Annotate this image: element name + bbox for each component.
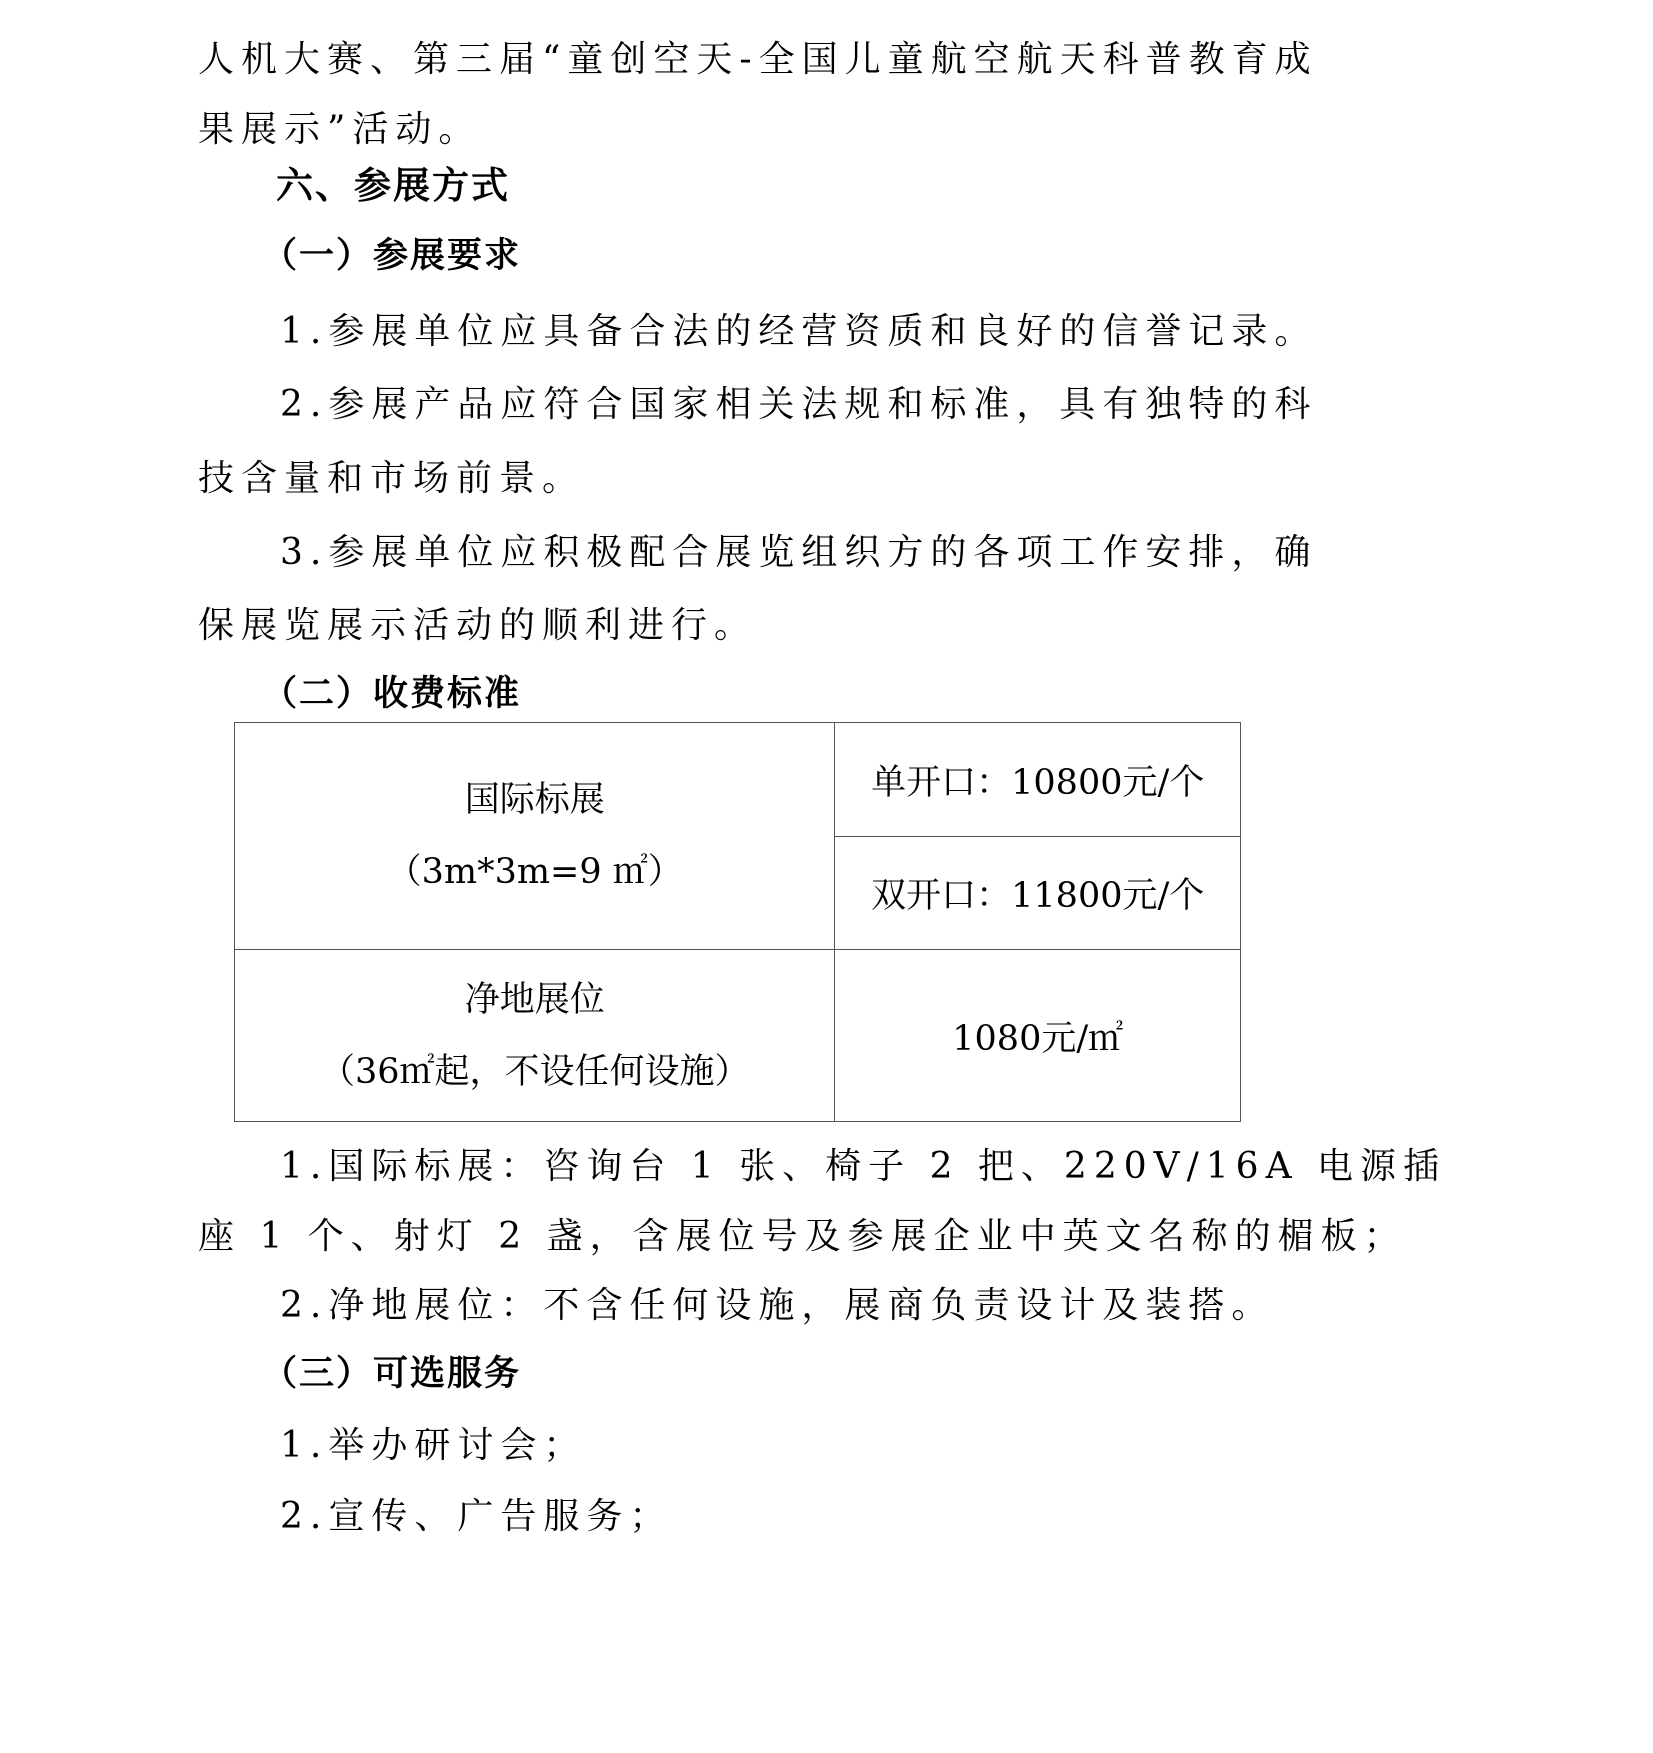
price-cell: 双开口：11800元/个: [835, 837, 1241, 950]
subsection-heading-requirements: （一）参展要求: [262, 234, 1357, 278]
price-value: 单开口：10800元/个: [871, 763, 1204, 803]
fee-table: 国际标展 （3m*3m=9 ㎡） 单开口：10800元/个 双开口：11800元…: [234, 722, 1241, 1122]
section-heading: 六、参展方式: [276, 164, 1371, 208]
subsection-heading-services: （三）可选服务: [262, 1352, 1357, 1396]
fee-note-1-line1: 1.国际标展：咨询台 1 张、椅子 2 把、220V/16A 电源插: [280, 1145, 1293, 1189]
table-row: 国际标展 （3m*3m=9 ㎡） 单开口：10800元/个: [235, 723, 1241, 837]
requirement-item-2-line1: 2.参展产品应符合国家相关法规和标准，具有独特的科: [280, 383, 1293, 427]
service-item-1: 1.举办研讨会；: [280, 1424, 1293, 1468]
table-row: 净地展位 （36㎡起，不设任何设施） 1080元/㎡: [235, 950, 1241, 1122]
booth-type-cell: 净地展位 （36㎡起，不设任何设施）: [235, 950, 835, 1122]
booth-type-name: 国际标展: [235, 764, 834, 836]
fee-note-2: 2.净地展位：不含任何设施，展商负责设计及装搭。: [280, 1284, 1293, 1328]
booth-type-spec: （36㎡起，不设任何设施）: [235, 1036, 834, 1108]
booth-type-name: 净地展位: [235, 964, 834, 1036]
price-value: 双开口：11800元/个: [871, 876, 1204, 916]
paragraph-continuation-line2: 果展示”活动。: [198, 108, 1293, 152]
requirement-item-3-line2: 保展览展示活动的顺利进行。: [198, 604, 1293, 648]
price-cell: 1080元/㎡: [835, 950, 1241, 1122]
requirement-item-1: 1.参展单位应具备合法的经营资质和良好的信誉记录。: [280, 310, 1293, 354]
fee-note-1-line2: 座 1 个、射灯 2 盏，含展位号及参展企业中英文名称的楣板；: [198, 1215, 1293, 1259]
price-value: 1080元/㎡: [952, 1019, 1123, 1059]
booth-type-cell: 国际标展 （3m*3m=9 ㎡）: [235, 723, 835, 950]
requirement-item-3-line1: 3.参展单位应积极配合展览组织方的各项工作安排，确: [280, 531, 1293, 575]
subsection-heading-fees: （二）收费标准: [262, 672, 1357, 716]
requirement-item-2-line2: 技含量和市场前景。: [198, 457, 1293, 501]
price-cell: 单开口：10800元/个: [835, 723, 1241, 837]
booth-type-spec: （3m*3m=9 ㎡）: [235, 836, 834, 908]
paragraph-continuation-line1: 人机大赛、第三届“童创空天-全国儿童航空航天科普教育成: [198, 38, 1293, 82]
service-item-2: 2.宣传、广告服务；: [280, 1495, 1293, 1539]
